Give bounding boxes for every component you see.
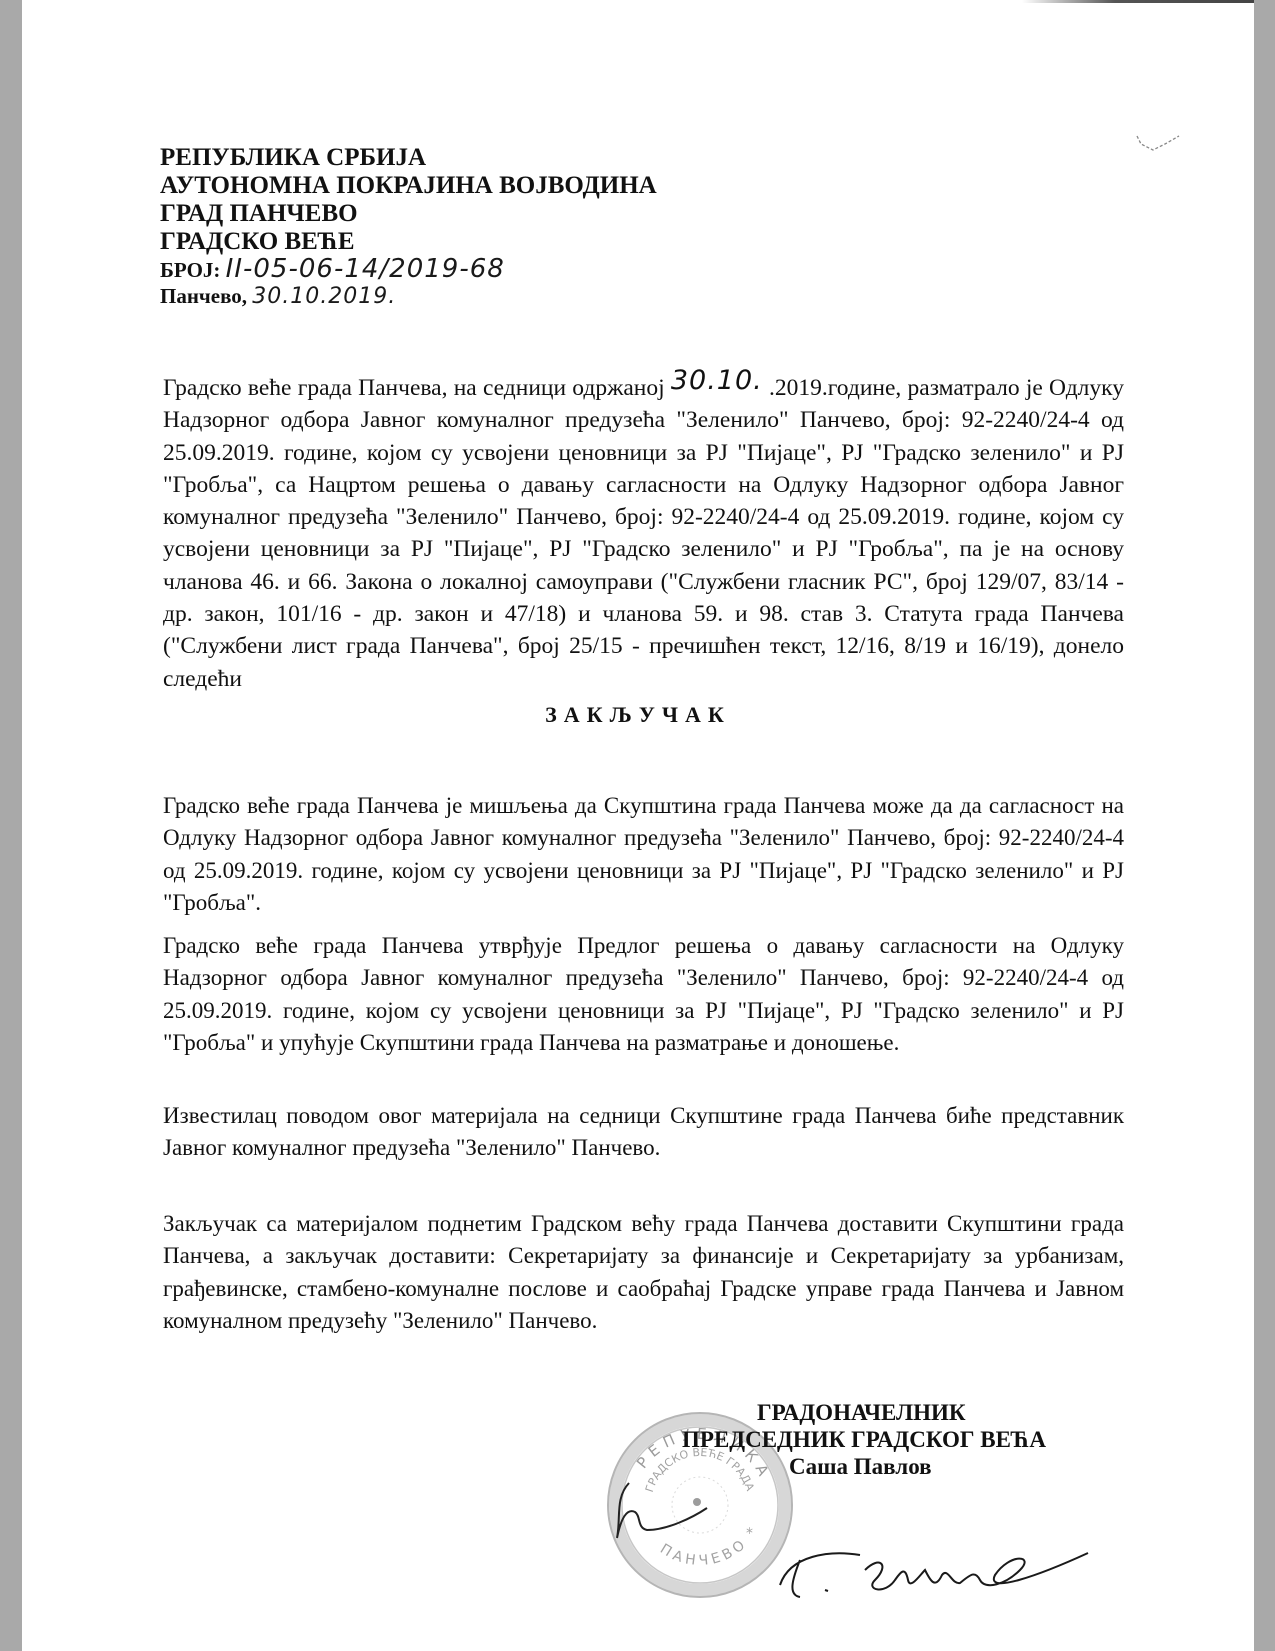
place-label: Панчево, [160,284,247,308]
handwritten-signature-icon [770,1545,1090,1605]
signatory-title-mayor: ГРАДОНАЧЕЛНИК [757,1399,966,1426]
header-city: ГРАД ПАНЧЕВО [160,200,657,228]
number-label: БРОЈ: [160,258,220,282]
signatory-title-president: ПРЕДСЕДНИК ГРАДСКОГ ВЕЋА [682,1426,1046,1453]
initials-signature-icon [607,1478,717,1548]
header-council: ГРАДСКО ВЕЋЕ [160,228,657,256]
conclusion-paragraph-2: Градско веће града Панчева утврђује Пред… [163,930,1124,1059]
pen-mark-icon [1135,132,1185,156]
signatory-name: Саша Павлов [789,1453,932,1480]
intro-after-date: .2019.године, разматрало је Одлуку Надзо… [163,375,1124,692]
letterhead: РЕПУБЛИКА СРБИЈА АУТОНОМНА ПОКРАЈИНА ВОЈ… [160,144,657,310]
date-handwritten: 30.10.2019. [252,284,396,309]
header-republic: РЕПУБЛИКА СРБИЈА [160,144,657,172]
conclusion-paragraph-4: Закључак са материјалом поднетим Градско… [163,1208,1124,1337]
header-place-date-line: Панчево, 30.10.2019. [160,283,657,310]
intro-paragraph: Градско веће града Панчева, на седници о… [163,371,1124,695]
conclusion-paragraph-1: Градско веће града Панчева је мишљења да… [163,790,1124,919]
conclusion-paragraph-3: Известилац поводом овог материјала на се… [163,1100,1124,1165]
session-date-handwritten: 30.10. [671,365,763,396]
header-province: АУТОНОМНА ПОКРАЈИНА ВОЈВОДИНА [160,172,657,200]
intro-before-date: Градско веће града Панчева, на седници о… [163,375,671,401]
document-title: ЗАКЉУЧАК [22,702,1254,728]
document-page: РЕПУБЛИКА СРБИЈА АУТОНОМНА ПОКРАЈИНА ВОЈ… [22,0,1254,1651]
header-number-line: БРОЈ: II-05-06-14/2019-68 [160,256,657,283]
number-handwritten: II-05-06-14/2019-68 [226,254,505,284]
scan-edge-shadow [1022,0,1254,3]
